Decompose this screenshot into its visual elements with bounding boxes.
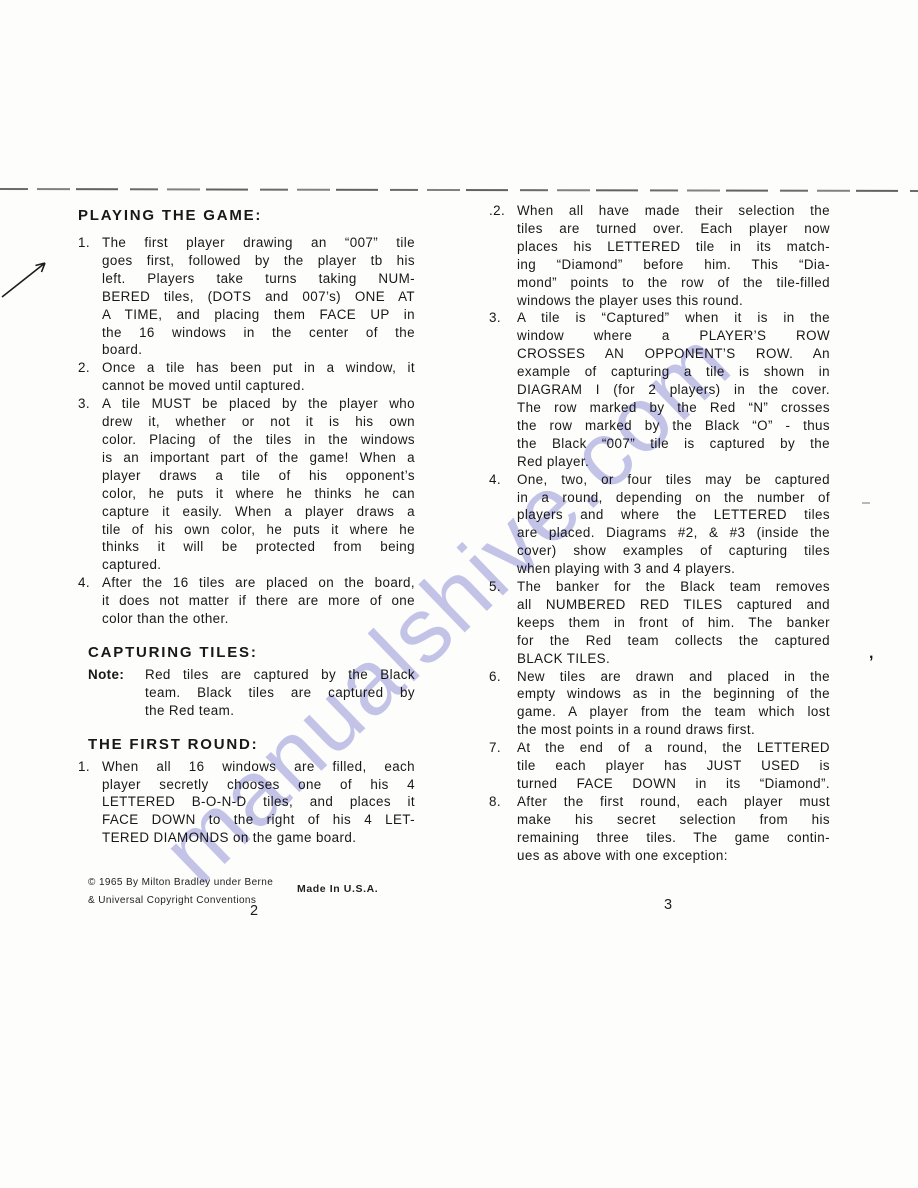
text-line: places his LETTERED tile in its match- [517,238,830,256]
text-line: empty windows as in the beginning of the [517,685,830,703]
text-line: A TIME, and placing them FACE UP in [102,306,415,324]
item-number: 2. [78,359,90,377]
text-line: After the 16 tiles are placed on the boa… [102,574,415,592]
item-number: .2. [489,202,505,220]
item-number: 7. [489,739,501,757]
item-number: 4. [78,574,90,592]
text-line: At the end of a round, the LETTERED [517,739,830,757]
text-line: When all have made their selection the [517,202,830,220]
text-line: for the Red team collects the captured [517,632,830,650]
item-number: 6. [489,668,501,686]
text-line: make his secret selection from his [517,811,830,829]
text-line: all NUMBERED RED TILES captured and [517,596,830,614]
text-line: BERED tiles, (DOTS and 007’s) ONE AT [102,288,415,306]
text-line: remaining three tiles. The game contin- [517,829,830,847]
text-line: it does not matter if there are more of … [102,592,415,610]
text-line: goes first, followed by the player tb hi… [102,252,415,270]
numbered-list-item: 3.A tile MUST be placed by the player wh… [78,395,415,574]
page-number-3: 3 [664,897,672,913]
numbered-list-item: 7.At the end of a round, the LETTEREDtil… [489,739,830,793]
made-in-usa-label: Made In U.S.A. [297,883,378,895]
text-line: the 16 windows in the center of the [102,324,415,342]
note-label: Note: [88,666,143,684]
numbered-list-item: 8.After the first round, each player mus… [489,793,830,865]
page-number-2: 2 [250,903,258,919]
numbered-list-item: 1.The first player drawing an “007” tile… [78,234,415,359]
text-line: player draws a tile of his opponent’s [102,467,415,485]
item-number: 3. [78,395,90,413]
text-line: mond” points to the row of the tile-fill… [517,274,830,292]
item-number: 1. [78,758,90,776]
text-line: New tiles are drawn and placed in the [517,668,830,686]
numbered-list-item: 5.The banker for the Black team removesa… [489,578,830,668]
numbered-list-item: 2.Once a tile has been put in a window, … [78,359,415,395]
text-line: is an important part of the game! When a [102,449,415,467]
text-line: drew it, whether or not it is his own [102,413,415,431]
text-line: capture it easily. When a player draws a [102,503,415,521]
text-line: keeps them in front of him. The banker [517,614,830,632]
text-line: cannot be moved until captured. [102,377,415,395]
text-line: tiles are turned over. Each player now [517,220,830,238]
text-line: BLACK TILES. [517,650,830,668]
torn-edge-dashed-line [0,188,918,192]
pen-mark-arrow-icon [0,250,54,304]
text-line: color. Placing of the tiles in the windo… [102,431,415,449]
scan-speck-comma: , [869,645,873,663]
numbered-list-item: 6.New tiles are drawn and placed in thee… [489,668,830,740]
text-line: A tile MUST be placed by the player who [102,395,415,413]
text-line: captured. [102,556,415,574]
text-line: game. A player from the team which lost [517,703,830,721]
section-heading: PLAYING THE GAME: [78,206,415,226]
text-line: tile of his own color, he puts it where … [102,521,415,539]
text-line: Once a tile has been put in a window, it [102,359,415,377]
text-line: tile each player has JUST USED is [517,757,830,775]
text-line: windows the player uses this round. [517,292,830,310]
numbered-list-item: .2.When all have made their selection th… [489,202,830,309]
text-line: turned FACE DOWN in its “Diamond”. [517,775,830,793]
text-line: ing “Diamond” before him. This “Dia- [517,256,830,274]
text-line: The first player drawing an “007” tile [102,234,415,252]
text-line: After the first round, each player must [517,793,830,811]
item-number: 3. [489,309,501,327]
text-line: thinks it will be protected from being [102,538,415,556]
text-line: left. Players take turns taking NUM- [102,270,415,288]
scanned-manual-page: PLAYING THE GAME:1.The first player draw… [0,0,918,1188]
text-line: The banker for the Black team removes [517,578,830,596]
scan-speck-dash [862,502,870,504]
text-line: color, he puts it where he thinks he can [102,485,415,503]
item-number: 1. [78,234,90,252]
text-line: board. [102,341,415,359]
text-line: ues as above with one exception: [517,847,830,865]
text-line: the most points in a round draws first. [517,721,830,739]
item-number: 8. [489,793,501,811]
